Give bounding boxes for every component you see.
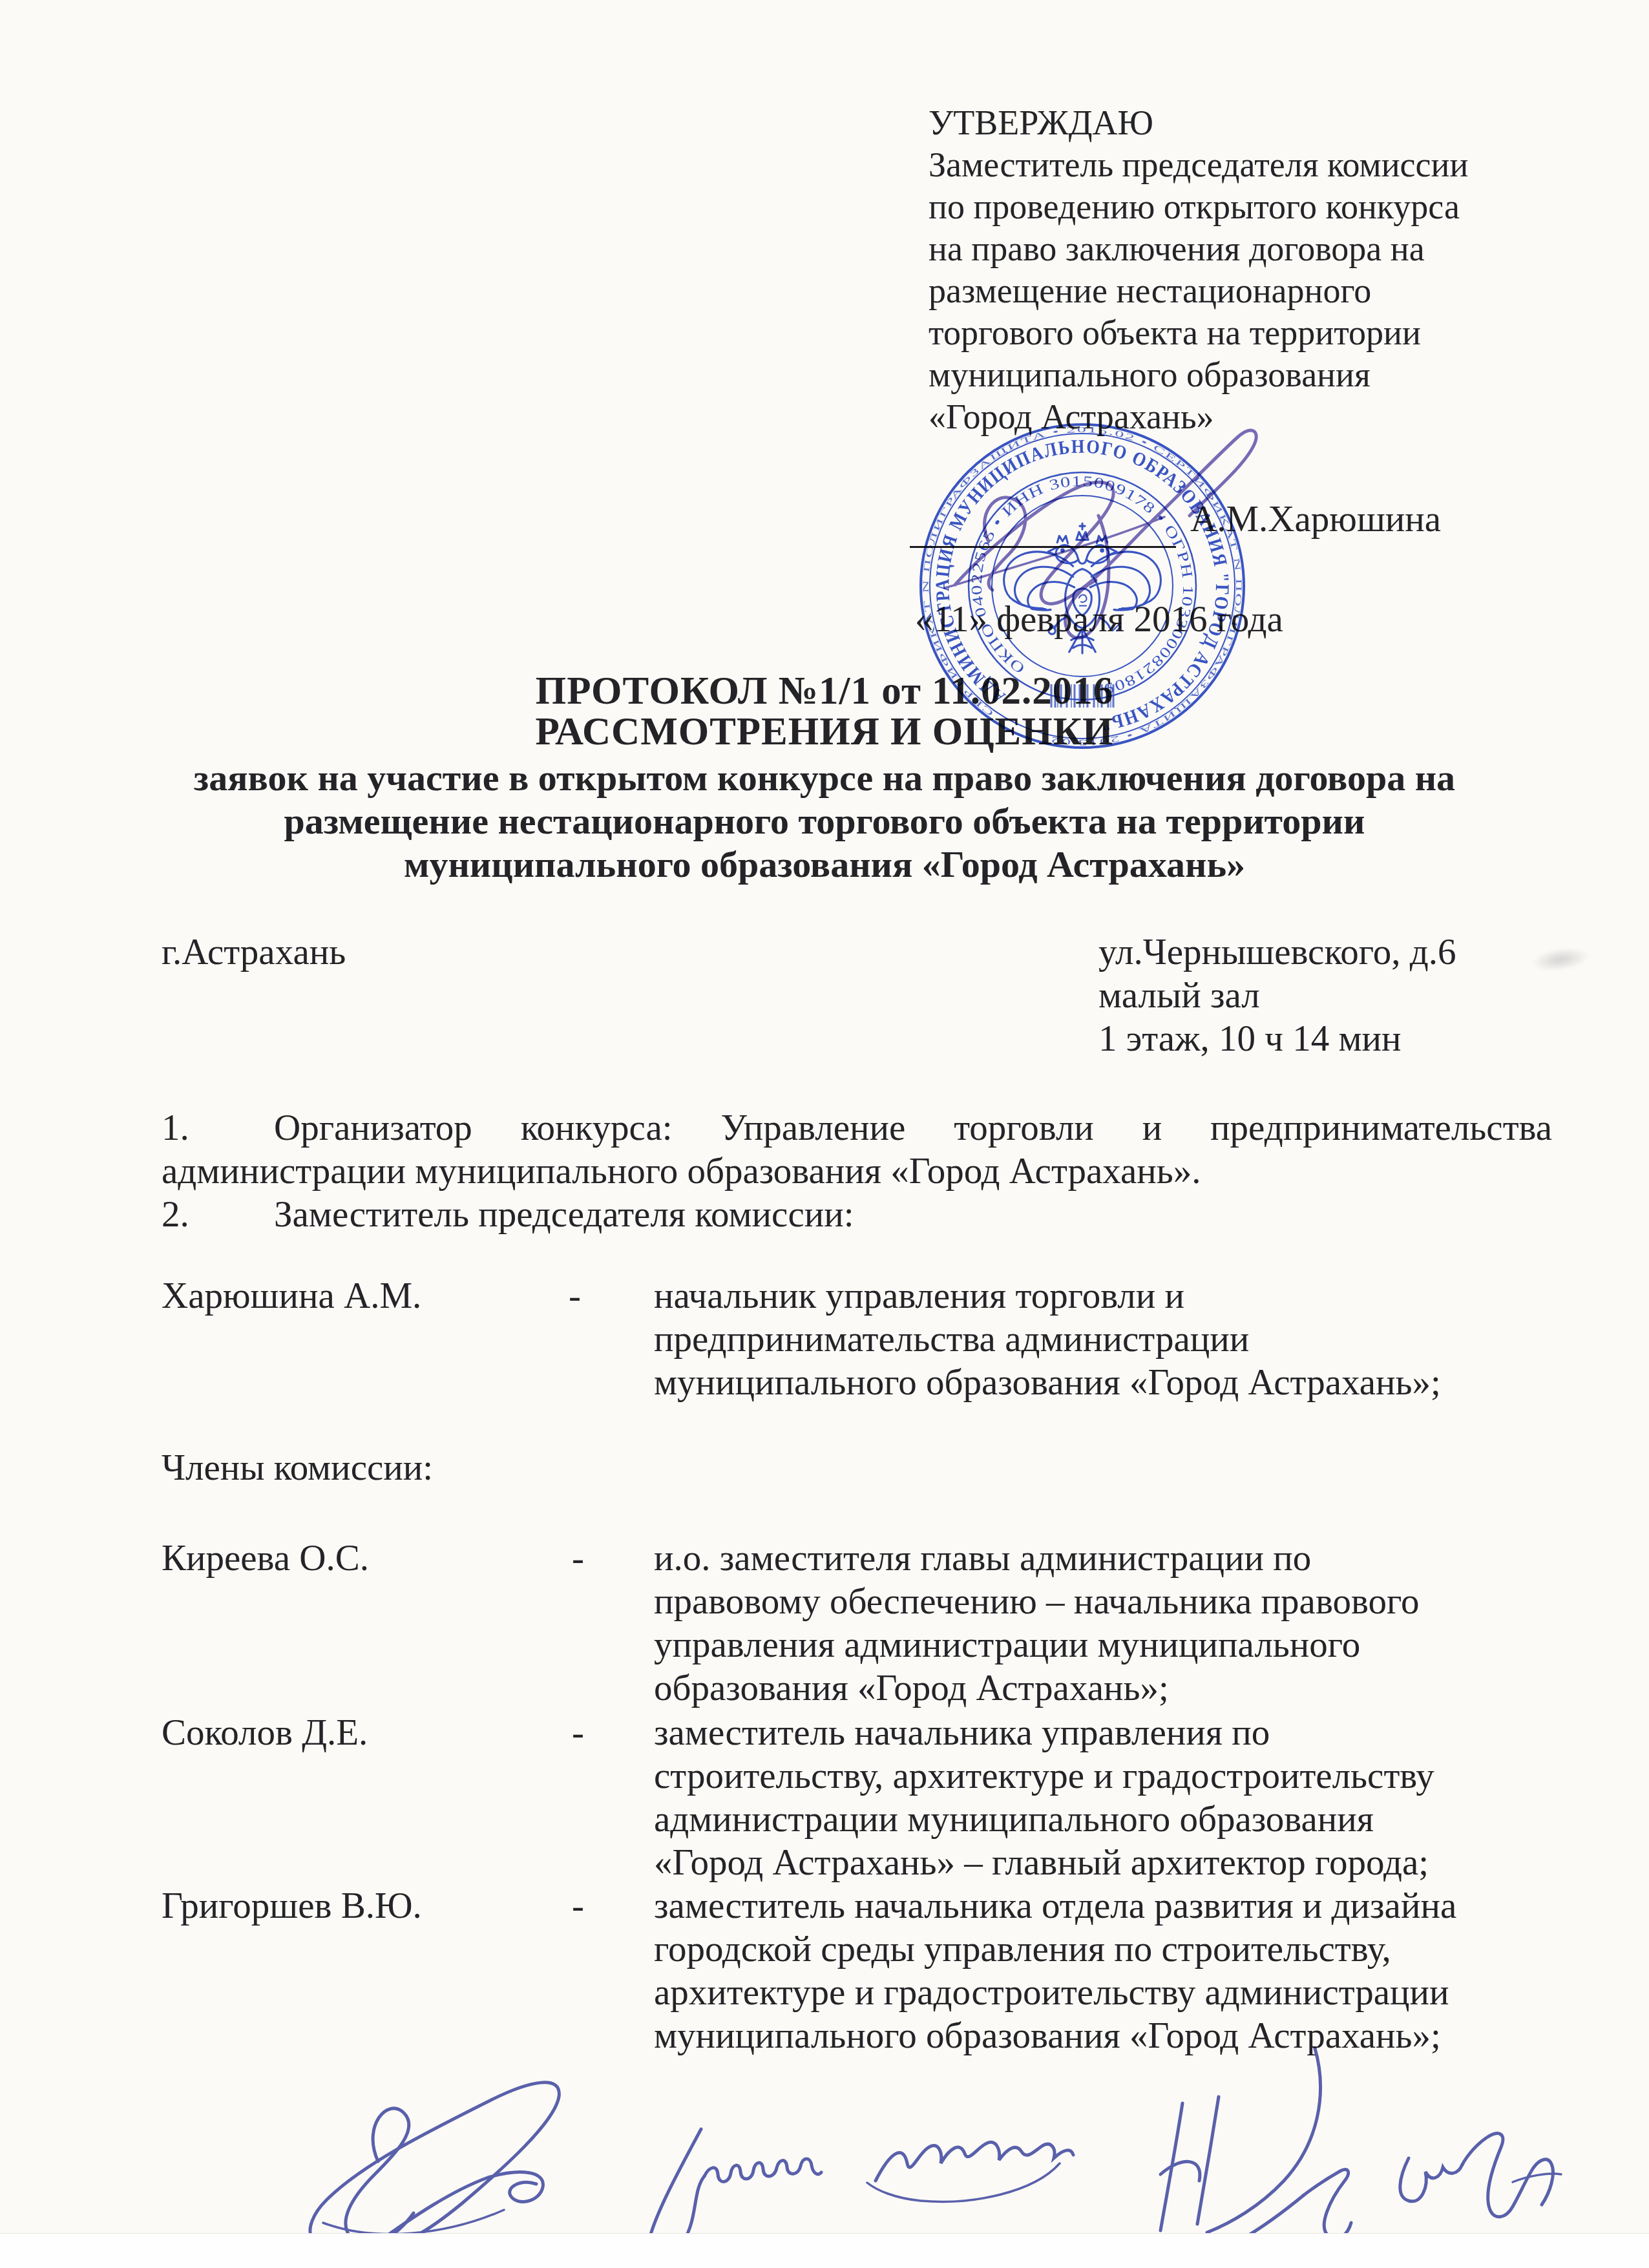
duty-line: заместитель начальника отдела развития и… bbox=[654, 1884, 1456, 1927]
scan-smudge bbox=[1530, 945, 1591, 974]
duty-line: предпринимательства администрации bbox=[654, 1318, 1249, 1361]
approval-line: торгового объекта на территории bbox=[929, 312, 1468, 354]
dash-separator: - bbox=[572, 1537, 584, 1580]
approval-heading: УТВЕРЖДАЮ bbox=[929, 102, 1468, 144]
duty-line: «Город Астрахань» – главный архитектор г… bbox=[654, 1841, 1429, 1884]
approval-line: муниципального образования bbox=[929, 354, 1468, 396]
approval-line: на право заключения договора на bbox=[929, 228, 1468, 270]
approval-line: размещение нестационарного bbox=[929, 270, 1468, 312]
duty-line: образования «Город Астрахань»; bbox=[654, 1666, 1169, 1710]
subject-line: заявок на участие в открытом конкурсе на… bbox=[0, 756, 1649, 799]
protocol-title: ПРОТОКОЛ №1/1 от 11.02.2016 bbox=[0, 669, 1649, 714]
duty-line: администрации муниципального образования bbox=[654, 1798, 1374, 1841]
dash-separator: - bbox=[572, 1884, 584, 1927]
duty-line: строительству, архитектуре и градостроит… bbox=[654, 1754, 1434, 1798]
approval-line: по проведению открытого конкурса bbox=[929, 186, 1468, 228]
member-name: Соколов Д.Е. bbox=[162, 1711, 368, 1754]
item-text: администрации муниципального образования… bbox=[162, 1150, 1201, 1193]
duty-line: и.о. заместителя главы администрации по bbox=[654, 1537, 1311, 1580]
address-line: ул.Чернышевского, д.6 bbox=[1098, 930, 1456, 974]
item-text: Заместитель председателя комиссии: bbox=[274, 1193, 854, 1236]
member-name: Киреева О.С. bbox=[162, 1537, 369, 1580]
duty-line: муниципального образования «Город Астрах… bbox=[654, 1361, 1441, 1404]
dash-separator: - bbox=[569, 1274, 581, 1318]
signature-scribble-1 bbox=[310, 2083, 559, 2245]
member-signatures bbox=[0, 2022, 1649, 2268]
item-number: 1. bbox=[162, 1106, 189, 1150]
address-line: 1 этаж, 10 ч 14 мин bbox=[1098, 1017, 1402, 1060]
city-label: г.Астрахань bbox=[162, 930, 346, 974]
signature-scribble-3 bbox=[867, 2142, 1073, 2201]
protocol-title-2: РАССМОТРЕНИЯ И ОЦЕНКИ bbox=[0, 709, 1649, 755]
executive-signature bbox=[905, 414, 1279, 672]
duty-line: правовому обеспечению – начальника право… bbox=[654, 1580, 1419, 1623]
item-number: 2. bbox=[162, 1193, 189, 1236]
subject-line: размещение нестационарного торгового объ… bbox=[0, 799, 1649, 843]
member-name: Григоршев В.Ю. bbox=[162, 1884, 422, 1927]
document-page: УТВЕРЖДАЮ Заместитель председателя комис… bbox=[0, 0, 1649, 2268]
signature-scribble-4 bbox=[1161, 2048, 1351, 2244]
duty-line: городской среды управления по строительс… bbox=[654, 1927, 1391, 1971]
duty-line: архитектуре и градостроительству админис… bbox=[654, 1971, 1449, 2014]
duty-line: заместитель начальника управления по bbox=[654, 1711, 1270, 1754]
approval-line: Заместитель председателя комиссии bbox=[929, 144, 1468, 186]
signature-scribble-5 bbox=[1400, 2134, 1561, 2217]
duty-line: управления администрации муниципального bbox=[654, 1623, 1360, 1666]
dash-separator: - bbox=[572, 1711, 584, 1754]
scan-bottom-edge bbox=[0, 2233, 1649, 2268]
members-heading: Члены комиссии: bbox=[162, 1446, 433, 1489]
duty-line: начальник управления торговли и bbox=[654, 1274, 1184, 1318]
item-text: Организатор конкурса: Управление торговл… bbox=[274, 1106, 1552, 1150]
approval-block: УТВЕРЖДАЮ Заместитель председателя комис… bbox=[929, 102, 1468, 438]
address-line: малый зал bbox=[1098, 974, 1260, 1017]
member-name: Харюшина А.М. bbox=[162, 1274, 421, 1318]
subject-line: муниципального образования «Город Астрах… bbox=[0, 843, 1649, 886]
